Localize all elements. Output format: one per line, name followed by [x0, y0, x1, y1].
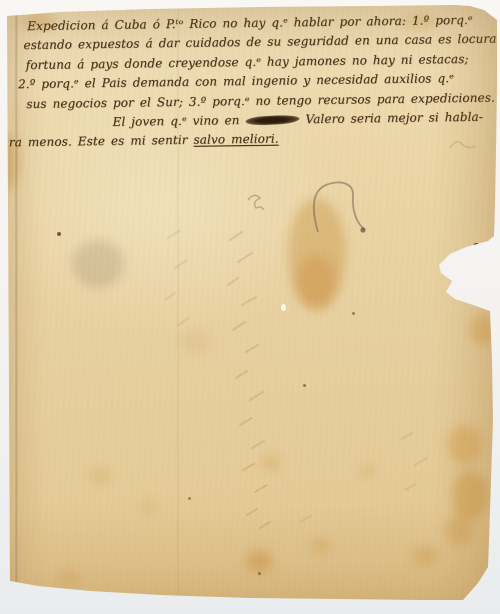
crossed-out-word [245, 114, 299, 126]
text-line-7-pre: ra menos. Este es mi sentir [9, 133, 194, 150]
ink-speck [57, 232, 61, 236]
handwritten-text: Expedicion á Cuba ó P.ᵗᵒ Rico no hay q.ᵉ… [5, 11, 491, 154]
margin-mark [2, 330, 8, 333]
text-line-6-pre: El joven q.ᵉ vino en [112, 113, 239, 129]
ink-speck [303, 384, 306, 387]
margin-mark [1, 389, 7, 392]
ink-speck [188, 497, 191, 500]
text-line-6-post: Valero seria mejor si habla- [305, 110, 483, 126]
wax-seal-dot [463, 288, 473, 298]
paper-chip [281, 304, 286, 311]
letter-paper: Expedicion á Cuba ó P.ᵗᵒ Rico no hay q.ᵉ… [0, 0, 500, 614]
ink-speck [352, 312, 355, 315]
ink-speck [258, 572, 261, 575]
wax-seal-dot [477, 280, 487, 290]
photo-background: Expedicion á Cuba ó P.ᵗᵒ Rico no hay q.ᵉ… [0, 0, 500, 614]
ink-curl-mark [314, 182, 364, 232]
dark-spot [473, 243, 480, 250]
underlined-phrase: salvo meliori. [193, 132, 278, 147]
